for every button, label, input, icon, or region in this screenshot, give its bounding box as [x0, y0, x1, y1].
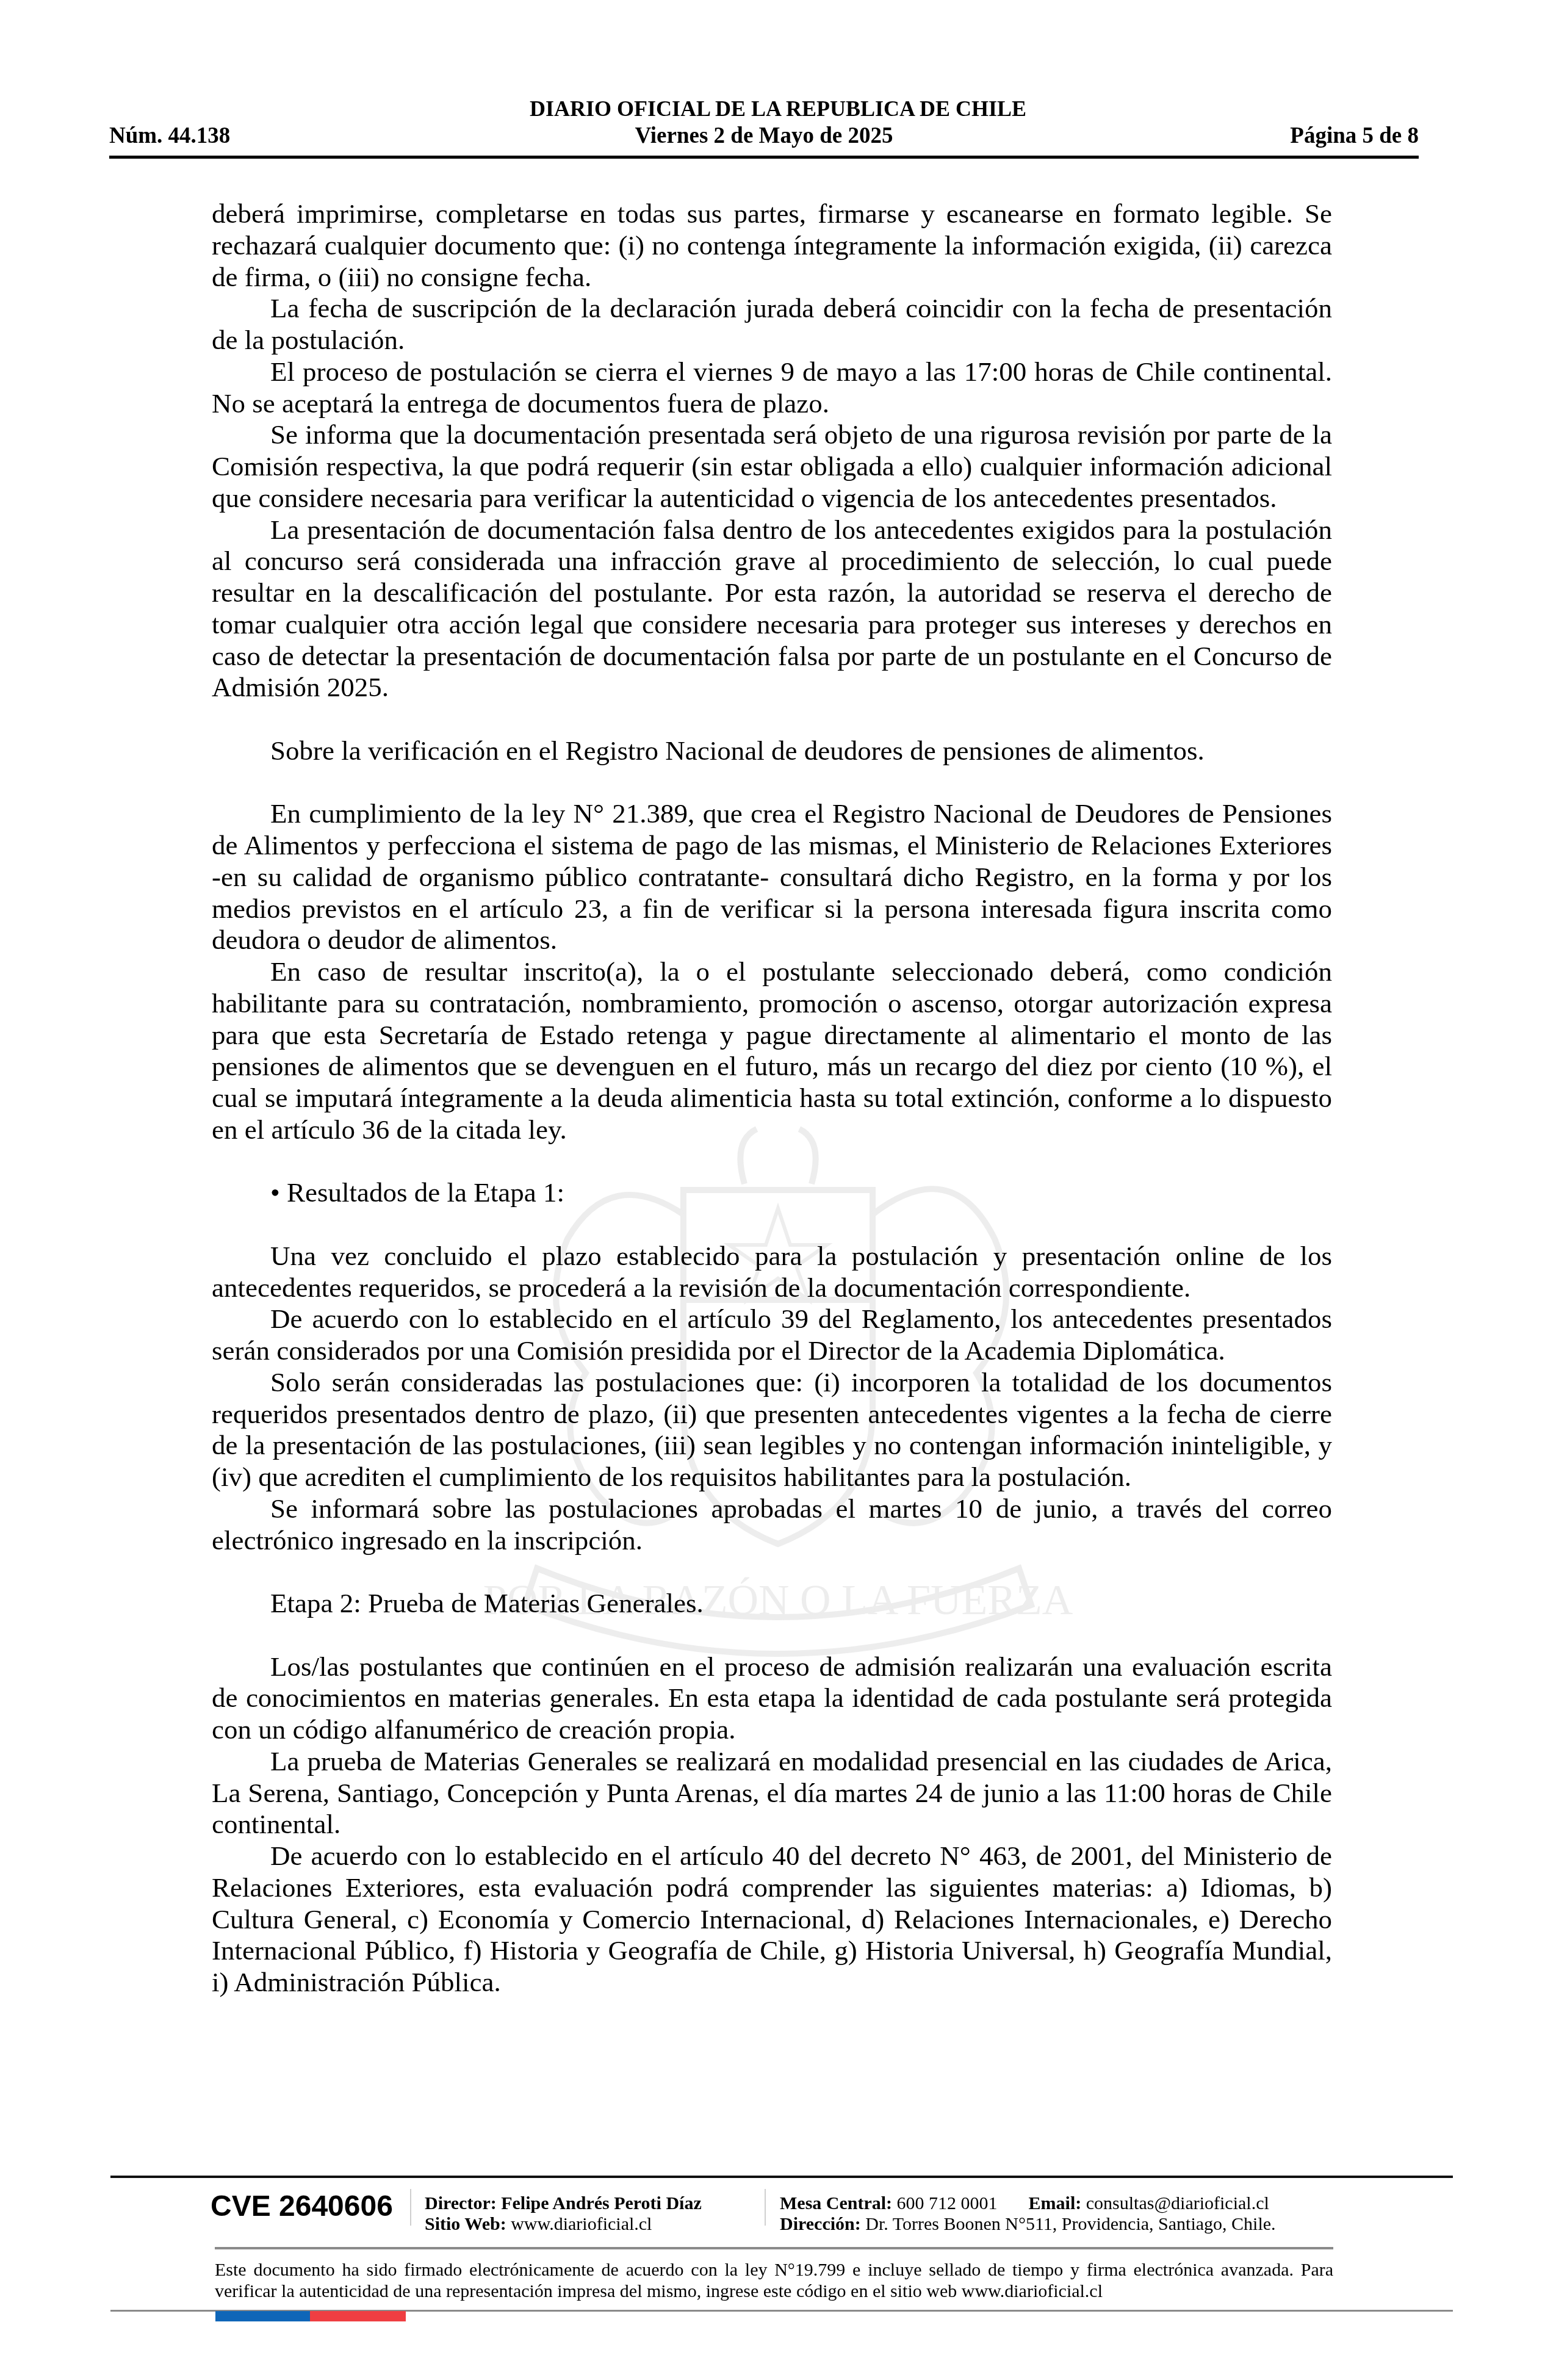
section-heading: Etapa 2: Prueba de Materias Generales.	[212, 1588, 1332, 1620]
paragraph: Se informa que la documentación presenta…	[212, 419, 1332, 514]
header-row: Núm. 44.138 Viernes 2 de Mayo de 2025 Pá…	[109, 123, 1419, 149]
issue-date: Viernes 2 de Mayo de 2025	[109, 123, 1419, 149]
blank-line	[212, 1620, 1332, 1651]
blank-line	[212, 1146, 1332, 1178]
paragraph: El proceso de postulación se cierra el v…	[212, 356, 1332, 420]
phone-number: 600 712 0001	[897, 2193, 998, 2213]
header-divider	[109, 156, 1419, 159]
paragraph: La fecha de suscripción de la declaració…	[212, 293, 1332, 356]
paragraph: Una vez concluido el plazo establecido p…	[212, 1241, 1332, 1304]
paragraph: La presentación de documentación falsa d…	[212, 514, 1332, 704]
paragraph: La prueba de Materias Generales se reali…	[212, 1746, 1332, 1841]
contact-line: Mesa Central: 600 712 0001 Email: consul…	[780, 2193, 1276, 2214]
section-heading: • Resultados de la Etapa 1:	[212, 1177, 1332, 1209]
director-label: Director:	[425, 2193, 497, 2213]
paragraph: En caso de resultar inscrito(a), la o el…	[212, 956, 1332, 1146]
page-indicator: Página 5 de 8	[1290, 123, 1419, 149]
flag-stripe-red	[310, 2311, 406, 2321]
paragraph: deberá imprimirse, completarse en todas …	[212, 198, 1332, 293]
phone-label: Mesa Central:	[780, 2193, 892, 2213]
footer-director-block: Director: Felipe Andrés Peroti Díaz Siti…	[425, 2193, 702, 2235]
paragraph: En cumplimiento de la ley N° 21.389, que…	[212, 798, 1332, 956]
blank-line	[212, 767, 1332, 799]
paragraph: Se informará sobre las postulaciones apr…	[212, 1493, 1332, 1557]
footer-divider-top	[110, 2176, 1453, 2178]
publication-title: DIARIO OFICIAL DE LA REPUBLICA DE CHILE	[0, 96, 1556, 121]
cve-code: CVE 2640606	[211, 2191, 393, 2223]
website-label: Sitio Web:	[425, 2214, 506, 2234]
footer-contact-block: Mesa Central: 600 712 0001 Email: consul…	[780, 2193, 1276, 2235]
paragraph: De acuerdo con lo establecido en el artí…	[212, 1304, 1332, 1367]
paragraph: De acuerdo con lo establecido en el artí…	[212, 1841, 1332, 1999]
signature-notice: Este documento ha sido firmado electróni…	[215, 2259, 1333, 2302]
footer-separator	[765, 2189, 766, 2226]
address-label: Dirección:	[780, 2214, 861, 2234]
blank-line	[212, 704, 1332, 735]
email-link[interactable]: consultas@diarioficial.cl	[1086, 2193, 1269, 2213]
section-heading: Sobre la verificación en el Registro Nac…	[212, 735, 1332, 767]
flag-stripe-blue	[215, 2311, 310, 2321]
footer-divider-middle	[215, 2247, 1333, 2249]
paragraph: Solo serán consideradas las postulacione…	[212, 1367, 1332, 1493]
blank-line	[212, 1556, 1332, 1588]
director-name: Felipe Andrés Peroti Díaz	[501, 2193, 702, 2213]
address-value: Dr. Torres Boonen N°511, Providencia, Sa…	[865, 2214, 1275, 2234]
document-body: deberá imprimirse, completarse en todas …	[212, 198, 1332, 1999]
director-line: Director: Felipe Andrés Peroti Díaz	[425, 2193, 702, 2214]
address-line: Dirección: Dr. Torres Boonen N°511, Prov…	[780, 2214, 1276, 2235]
paragraph: Los/las postulantes que continúen en el …	[212, 1651, 1332, 1746]
blank-line	[212, 1209, 1332, 1241]
website-line: Sitio Web: www.diarioficial.cl	[425, 2214, 702, 2235]
email-label: Email:	[1029, 2193, 1082, 2213]
website-link[interactable]: www.diarioficial.cl	[511, 2214, 652, 2234]
footer-separator	[410, 2189, 411, 2226]
